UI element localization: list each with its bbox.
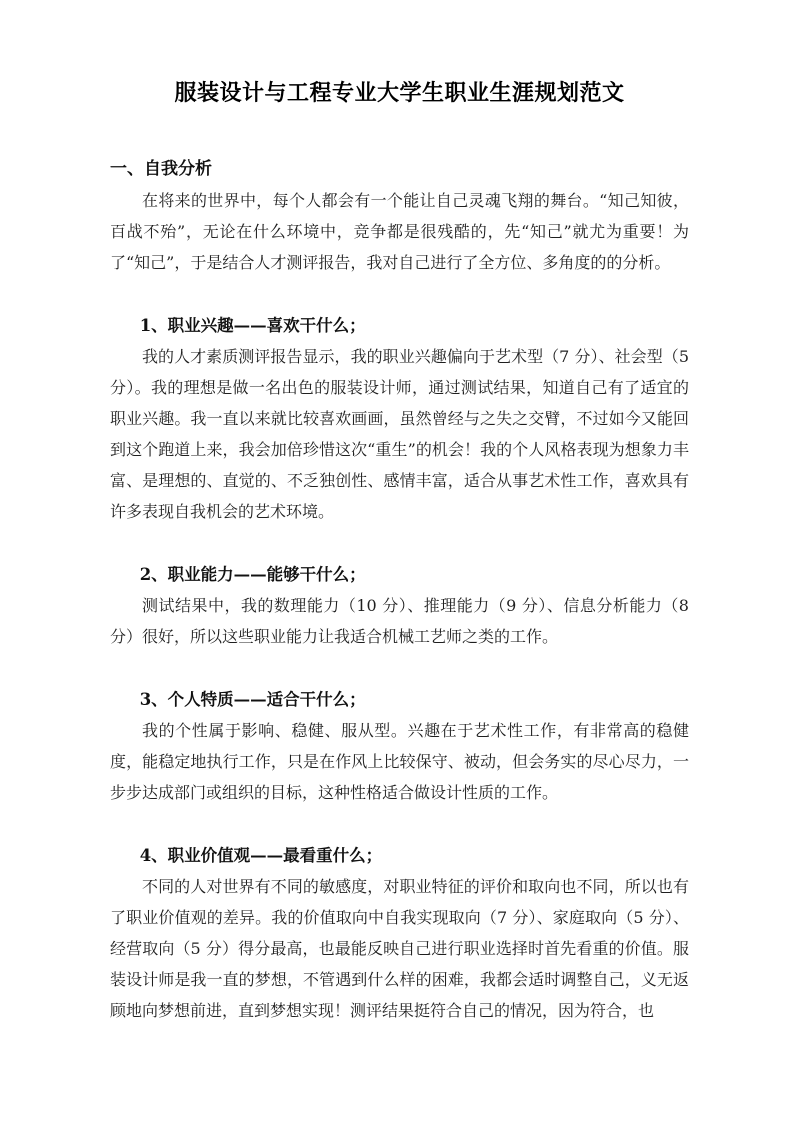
document-title: 服装设计与工程专业大学生职业生涯规划范文 bbox=[110, 76, 689, 110]
document-page: 服装设计与工程专业大学生职业生涯规划范文 一、自我分析 在将来的世界中，每个人都… bbox=[0, 0, 793, 1122]
subsection-heading-career-interest: 1、职业兴趣——喜欢干什么； bbox=[110, 310, 689, 341]
subsection-body-career-interest: 我的人才素质测评报告显示，我的职业兴趣偏向于艺术型（7 分）、社会型（5 分）。… bbox=[110, 341, 689, 527]
subsection-heading-career-ability: 2、职业能力——能够干什么； bbox=[110, 559, 689, 590]
subsection-body-career-ability: 测试结果中，我的数理能力（10 分）、推理能力（9 分）、信息分析能力（8 分）… bbox=[110, 590, 689, 652]
section-heading-self-analysis: 一、自我分析 bbox=[110, 154, 689, 185]
subsection-body-career-values: 不同的人对世界有不同的敏感度，对职业特征的评价和取向也不同，所以也有了职业价值观… bbox=[110, 871, 689, 1026]
subsection-body-personal-traits: 我的个性属于影响、稳健、服从型。兴趣在于艺术性工作，有非常高的稳健度，能稳定地执… bbox=[110, 715, 689, 808]
subsection-heading-personal-traits: 3、个人特质——适合干什么； bbox=[110, 684, 689, 715]
subsection-heading-career-values: 4、职业价值观——最看重什么； bbox=[110, 840, 689, 871]
intro-paragraph: 在将来的世界中，每个人都会有一个能让自己灵魂飞翔的舞台。“知己知彼，百战不殆”，… bbox=[110, 185, 689, 278]
